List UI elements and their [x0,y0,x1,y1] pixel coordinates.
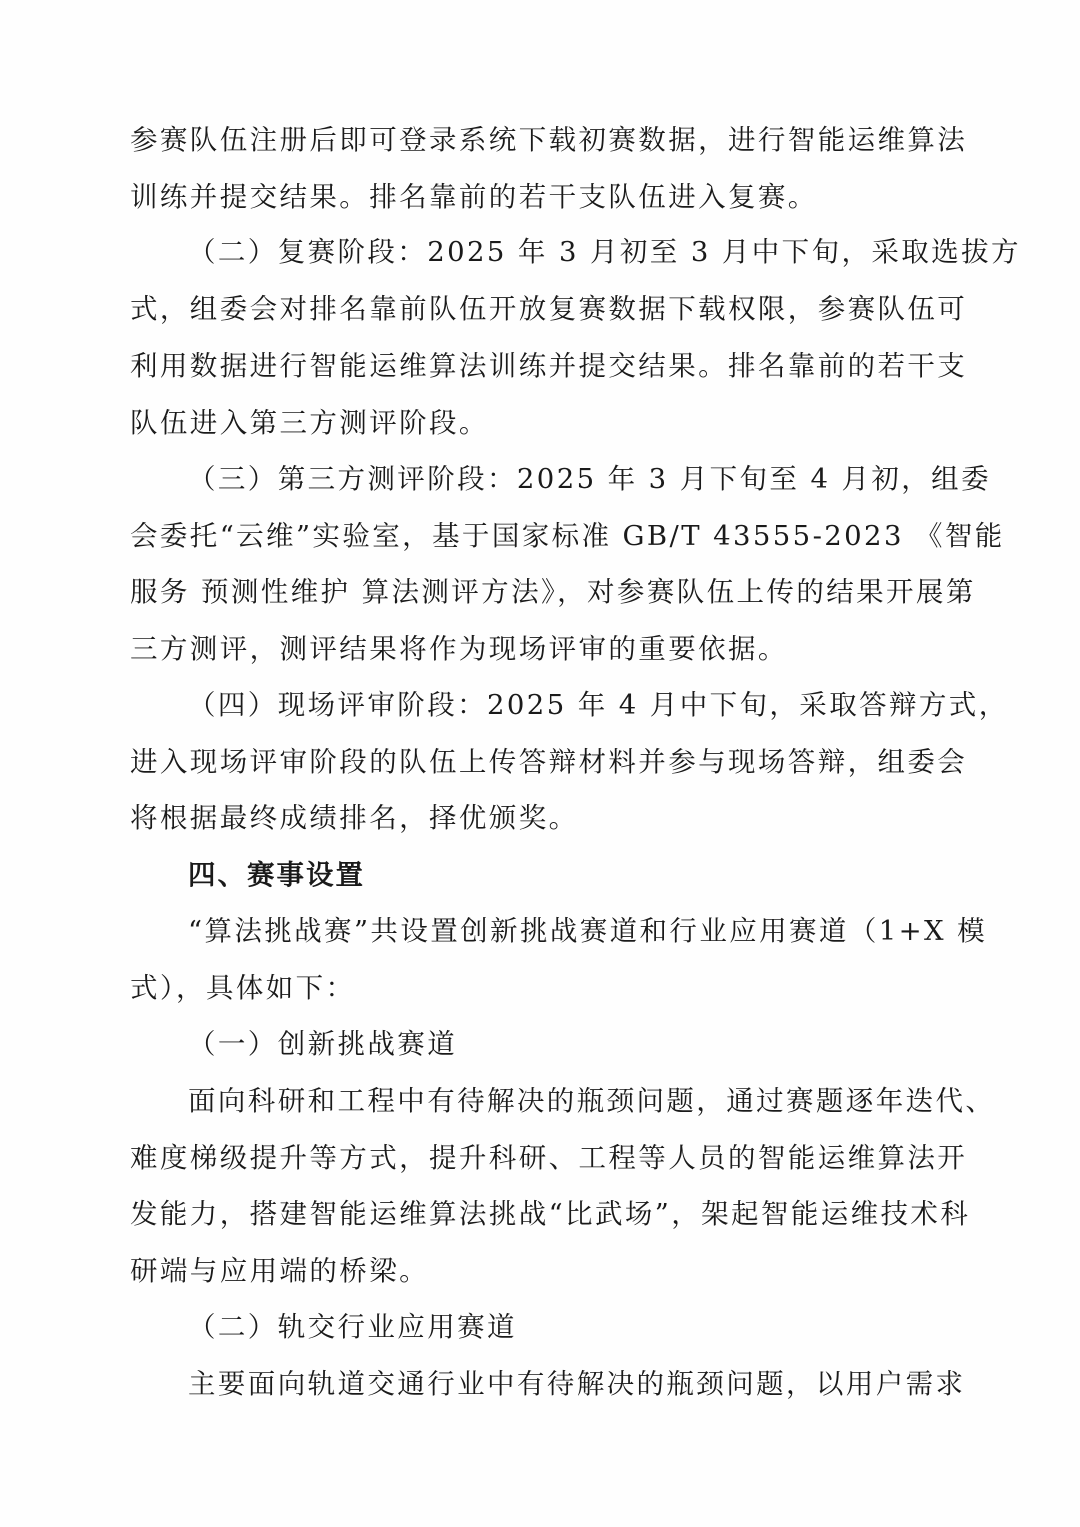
paragraph-line: 式），具体如下： [130,968,952,1008]
paragraph-line: 研端与应用端的桥梁。 [130,1251,952,1291]
paragraph-line: 将根据最终成绩排名，择优颁奖。 [130,798,952,838]
section-heading: 四、赛事设置 [188,855,952,895]
paragraph-line: 利用数据进行智能运维算法训练并提交结果。排名靠前的若干支 [130,346,952,386]
section-onsite-review-line: （四）现场评审阶段：2025 年 4 月中下旬，采取答辩方式， [188,685,952,725]
paragraph-line: 会委托“云维”实验室，基于国家标准 GB/T 43555-2023 《智能 [130,516,952,556]
section-third-party-line: （三）第三方测评阶段：2025 年 3 月下旬至 4 月初，组委 [188,459,928,499]
paragraph-line: 面向科研和工程中有待解决的瓶颈问题，通过赛题逐年迭代、 [188,1081,952,1121]
section-rematch-line: （二）复赛阶段：2025 年 3 月初至 3 月中下旬，采取选拔方 [188,232,952,272]
paragraph-line: 难度梯级提升等方式，提升科研、工程等人员的智能运维算法开 [130,1138,952,1178]
paragraph-line: 服务 预测性维护 算法测评方法》，对参赛队伍上传的结果开展第 [130,572,952,612]
paragraph-line: 队伍进入第三方测评阶段。 [130,403,952,443]
paragraph-line: 发能力，搭建智能运维算法挑战“比武场”，架起智能运维技术科 [130,1194,952,1234]
subsection-heading: （一）创新挑战赛道 [188,1024,952,1064]
document-page: 参赛队伍注册后即可登录系统下载初赛数据，进行智能运维算法 训练并提交结果。排名靠… [0,0,1080,1527]
paragraph-line: 主要面向轨道交通行业中有待解决的瓶颈问题，以用户需求 [188,1364,952,1404]
paragraph-line: 进入现场评审阶段的队伍上传答辩材料并参与现场答辩，组委会 [130,742,952,782]
paragraph-line: 式，组委会对排名靠前队伍开放复赛数据下载权限，参赛队伍可 [130,289,952,329]
paragraph-line: 三方测评，测评结果将作为现场评审的重要依据。 [130,629,952,669]
paragraph-line: 参赛队伍注册后即可登录系统下载初赛数据，进行智能运维算法 [130,120,952,160]
subsection-heading: （二）轨交行业应用赛道 [188,1307,952,1347]
paragraph-line: 训练并提交结果。排名靠前的若干支队伍进入复赛。 [130,177,952,217]
paragraph-line: “算法挑战赛”共设置创新挑战赛道和行业应用赛道（1+X 模 [188,911,952,951]
